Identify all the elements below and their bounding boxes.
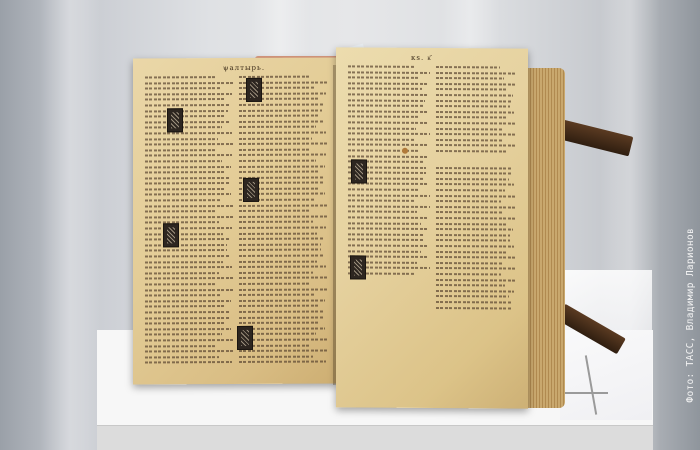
text-line xyxy=(145,149,217,151)
text-line xyxy=(145,104,229,106)
text-line xyxy=(239,227,326,229)
text-line xyxy=(145,305,225,307)
text-line xyxy=(145,121,230,123)
text-line xyxy=(436,262,503,264)
text-line xyxy=(436,72,516,75)
text-line xyxy=(239,165,325,167)
decorated-initial xyxy=(351,159,367,183)
text-line xyxy=(239,148,311,150)
text-line xyxy=(348,200,414,202)
text-line xyxy=(145,249,227,251)
text-line xyxy=(436,139,502,141)
text-line xyxy=(436,189,505,191)
pedestal-front xyxy=(97,425,653,450)
text-line xyxy=(436,245,514,248)
decorated-initial xyxy=(243,178,259,202)
text-line xyxy=(436,239,510,242)
photo-credit: Фото: ТАСС, Владимир Ларионов xyxy=(685,228,696,403)
text-line xyxy=(239,355,313,357)
right-column-2 xyxy=(436,66,516,313)
left-running-head: ψалтырь. xyxy=(223,64,265,72)
text-line xyxy=(348,133,430,136)
text-line xyxy=(239,238,323,240)
text-line xyxy=(145,266,232,268)
text-line xyxy=(145,350,233,352)
text-line xyxy=(436,273,501,275)
text-line xyxy=(239,271,313,273)
text-line xyxy=(145,289,233,291)
text-line xyxy=(145,339,233,341)
text-line xyxy=(348,82,429,85)
text-line xyxy=(436,122,515,125)
text-line xyxy=(436,217,515,220)
text-line xyxy=(239,143,327,145)
text-line xyxy=(145,300,231,302)
text-line xyxy=(239,204,327,206)
text-line xyxy=(145,154,232,156)
text-line xyxy=(436,144,515,147)
text-line xyxy=(239,316,323,318)
text-line xyxy=(436,94,513,97)
text-line xyxy=(239,350,327,352)
text-line xyxy=(436,200,501,202)
text-line xyxy=(239,232,317,234)
text-line xyxy=(239,115,320,117)
text-line xyxy=(348,121,429,124)
text-line xyxy=(436,267,516,270)
text-line xyxy=(436,195,516,198)
text-line xyxy=(145,98,224,100)
text-line xyxy=(145,160,222,162)
text-line xyxy=(436,100,511,103)
text-line xyxy=(239,255,324,257)
text-line xyxy=(239,322,319,324)
text-line xyxy=(348,205,430,208)
text-line xyxy=(436,105,510,108)
text-line xyxy=(239,361,326,363)
decorated-initial xyxy=(163,223,179,247)
text-line xyxy=(436,111,514,114)
text-line xyxy=(145,188,225,190)
text-line xyxy=(145,110,228,112)
text-line xyxy=(436,301,512,304)
text-line xyxy=(436,279,516,282)
decorated-initial xyxy=(237,326,253,350)
text-line xyxy=(239,104,323,106)
text-line xyxy=(348,194,430,197)
text-line xyxy=(239,221,313,223)
text-line xyxy=(436,77,504,79)
text-line xyxy=(145,93,232,95)
text-line xyxy=(348,211,417,213)
text-line xyxy=(348,244,428,247)
text-line xyxy=(145,272,219,274)
text-line xyxy=(436,88,508,91)
text-line xyxy=(145,345,217,347)
text-line xyxy=(145,143,233,145)
text-line xyxy=(145,233,223,235)
decorated-initial xyxy=(246,78,262,102)
text-line xyxy=(348,105,423,108)
left-column-1 xyxy=(145,76,233,367)
page-block-edge xyxy=(525,68,565,408)
text-line xyxy=(145,255,230,257)
text-line xyxy=(348,228,427,231)
text-line xyxy=(436,290,514,293)
text-line xyxy=(348,233,424,236)
text-line xyxy=(348,216,429,219)
text-line xyxy=(145,227,232,229)
text-line xyxy=(348,222,421,225)
text-line xyxy=(145,294,221,296)
decorated-initial xyxy=(350,255,366,279)
text-line xyxy=(436,284,505,286)
text-line xyxy=(145,277,233,279)
text-line xyxy=(145,132,232,134)
text-line xyxy=(239,171,320,173)
text-line xyxy=(145,244,227,246)
text-line xyxy=(239,137,312,139)
text-line xyxy=(145,356,219,358)
right-running-head: кѕ. к҃ xyxy=(411,54,432,62)
text-line xyxy=(436,167,512,170)
text-line xyxy=(145,166,231,168)
paper-stain xyxy=(402,148,408,154)
text-line xyxy=(239,305,319,307)
text-line xyxy=(145,328,231,330)
text-line xyxy=(145,238,229,240)
text-line xyxy=(145,311,229,313)
left-page: ψалтырь. xyxy=(133,57,338,384)
text-line xyxy=(145,261,223,263)
text-line xyxy=(348,188,419,190)
text-line xyxy=(436,295,509,298)
text-line xyxy=(348,110,428,113)
text-line xyxy=(145,361,232,363)
text-line xyxy=(239,243,321,245)
text-line xyxy=(145,205,233,207)
text-line xyxy=(348,149,419,151)
text-line xyxy=(436,234,510,237)
text-line xyxy=(239,260,317,262)
text-line xyxy=(239,131,326,133)
text-line xyxy=(348,144,429,147)
text-line xyxy=(436,183,514,186)
text-line xyxy=(145,76,215,78)
text-line xyxy=(239,159,316,161)
text-line xyxy=(348,138,415,140)
text-line xyxy=(239,210,310,212)
right-page: кѕ. к҃ xyxy=(336,47,528,408)
left-column-2 xyxy=(239,76,327,367)
text-line xyxy=(145,283,216,285)
text-line xyxy=(436,83,515,86)
text-line xyxy=(348,65,414,67)
text-line xyxy=(145,182,229,184)
metal-stand xyxy=(560,392,608,394)
text-line xyxy=(239,126,316,128)
text-line xyxy=(436,128,502,130)
text-line xyxy=(145,126,222,128)
decorated-initial xyxy=(167,108,183,132)
text-line xyxy=(348,116,420,119)
text-line xyxy=(145,199,221,201)
text-line xyxy=(239,109,322,111)
curtain-fold xyxy=(40,0,100,450)
text-line xyxy=(145,333,222,335)
text-line xyxy=(348,77,418,79)
text-line xyxy=(239,266,326,268)
text-line xyxy=(436,172,512,175)
text-line xyxy=(436,223,507,225)
text-line xyxy=(348,93,427,96)
text-line xyxy=(348,127,416,129)
text-line xyxy=(348,155,428,158)
text-line xyxy=(145,193,231,195)
text-line xyxy=(436,307,512,310)
text-line xyxy=(348,250,421,253)
text-line xyxy=(239,215,327,217)
text-line xyxy=(239,154,326,156)
text-line xyxy=(145,322,225,324)
text-line xyxy=(239,120,324,122)
text-line xyxy=(436,66,500,68)
text-line xyxy=(239,283,310,285)
text-line xyxy=(436,116,506,118)
text-line xyxy=(239,277,327,279)
text-line xyxy=(145,216,233,218)
text-line xyxy=(348,71,430,74)
text-line xyxy=(348,239,424,242)
text-line xyxy=(239,310,323,312)
text-line xyxy=(436,178,509,181)
text-line xyxy=(145,222,219,224)
text-line xyxy=(436,206,516,209)
text-line xyxy=(145,317,229,319)
text-line xyxy=(239,288,327,290)
text-line xyxy=(436,251,507,253)
text-line xyxy=(436,133,516,136)
text-line xyxy=(145,138,218,140)
text-line xyxy=(436,256,515,259)
text-line xyxy=(239,294,315,296)
text-line xyxy=(145,115,226,117)
text-line xyxy=(239,299,325,301)
text-line xyxy=(145,171,226,173)
text-line xyxy=(239,249,321,251)
text-line xyxy=(436,228,513,231)
text-line xyxy=(348,88,422,91)
text-line xyxy=(145,210,216,212)
text-line xyxy=(145,87,220,89)
text-line xyxy=(348,99,425,102)
text-line xyxy=(436,150,506,152)
text-line xyxy=(436,211,503,213)
text-line xyxy=(145,177,229,179)
text-line xyxy=(145,82,233,84)
